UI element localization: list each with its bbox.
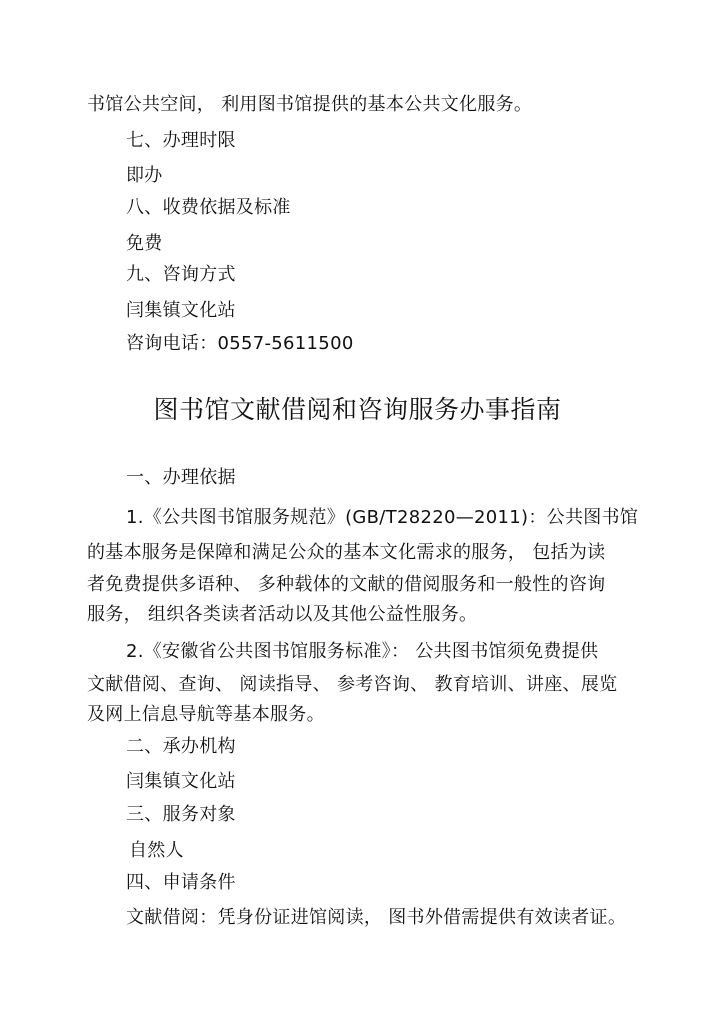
basis1-line: 者免费提供多语种、 多种载体的文献的借阅服务和一般性的咨询 xyxy=(87,573,605,597)
basis1-line: 1.《公共图书馆服务规范》(GB/T28220—2011)：公共图书馆 xyxy=(126,506,638,530)
item7-value: 即办 xyxy=(126,164,163,188)
section4-heading: 四、申请条件 xyxy=(126,871,236,895)
basis2-line: 及网上信息导航等基本服务。 xyxy=(87,703,325,727)
section1-heading: 一、办理依据 xyxy=(126,466,236,490)
item7-heading: 七、办理时限 xyxy=(126,129,236,153)
basis2-line: 文献借阅、查询、 阅读指导、 参考咨询、 教育培训、讲座、展览 xyxy=(87,673,617,697)
section3-heading: 三、服务对象 xyxy=(126,803,236,827)
item9-heading: 九、咨询方式 xyxy=(126,263,236,287)
basis2-line: 2.《安徽省公共图书馆服务标准》： 公共图书馆须免费提供 xyxy=(126,640,598,664)
section3-value: 自然人 xyxy=(129,839,184,863)
item8-heading: 八、收费依据及标准 xyxy=(126,196,291,220)
guide-title: 图书馆文献借阅和咨询服务办事指南 xyxy=(0,394,715,426)
item8-value: 免费 xyxy=(126,232,163,256)
section2-heading: 二、承办机构 xyxy=(126,735,236,759)
section4-value: 文献借阅：凭身份证进馆阅读， 图书外借需提供有效读者证。 xyxy=(126,906,626,930)
basis1-line: 服务， 组织各类读者活动以及其他公益性服务。 xyxy=(87,603,477,627)
item9-phone: 咨询电话：0557-5611500 xyxy=(126,332,354,356)
continuation-text: 书馆公共空间， 利用图书馆提供的基本公共文化服务。 xyxy=(87,93,532,117)
basis1-line: 的基本服务是保障和满足公众的基本文化需求的服务， 包括为读 xyxy=(87,541,605,565)
item9-org: 闫集镇文化站 xyxy=(126,299,236,323)
section2-value: 闫集镇文化站 xyxy=(126,770,236,794)
